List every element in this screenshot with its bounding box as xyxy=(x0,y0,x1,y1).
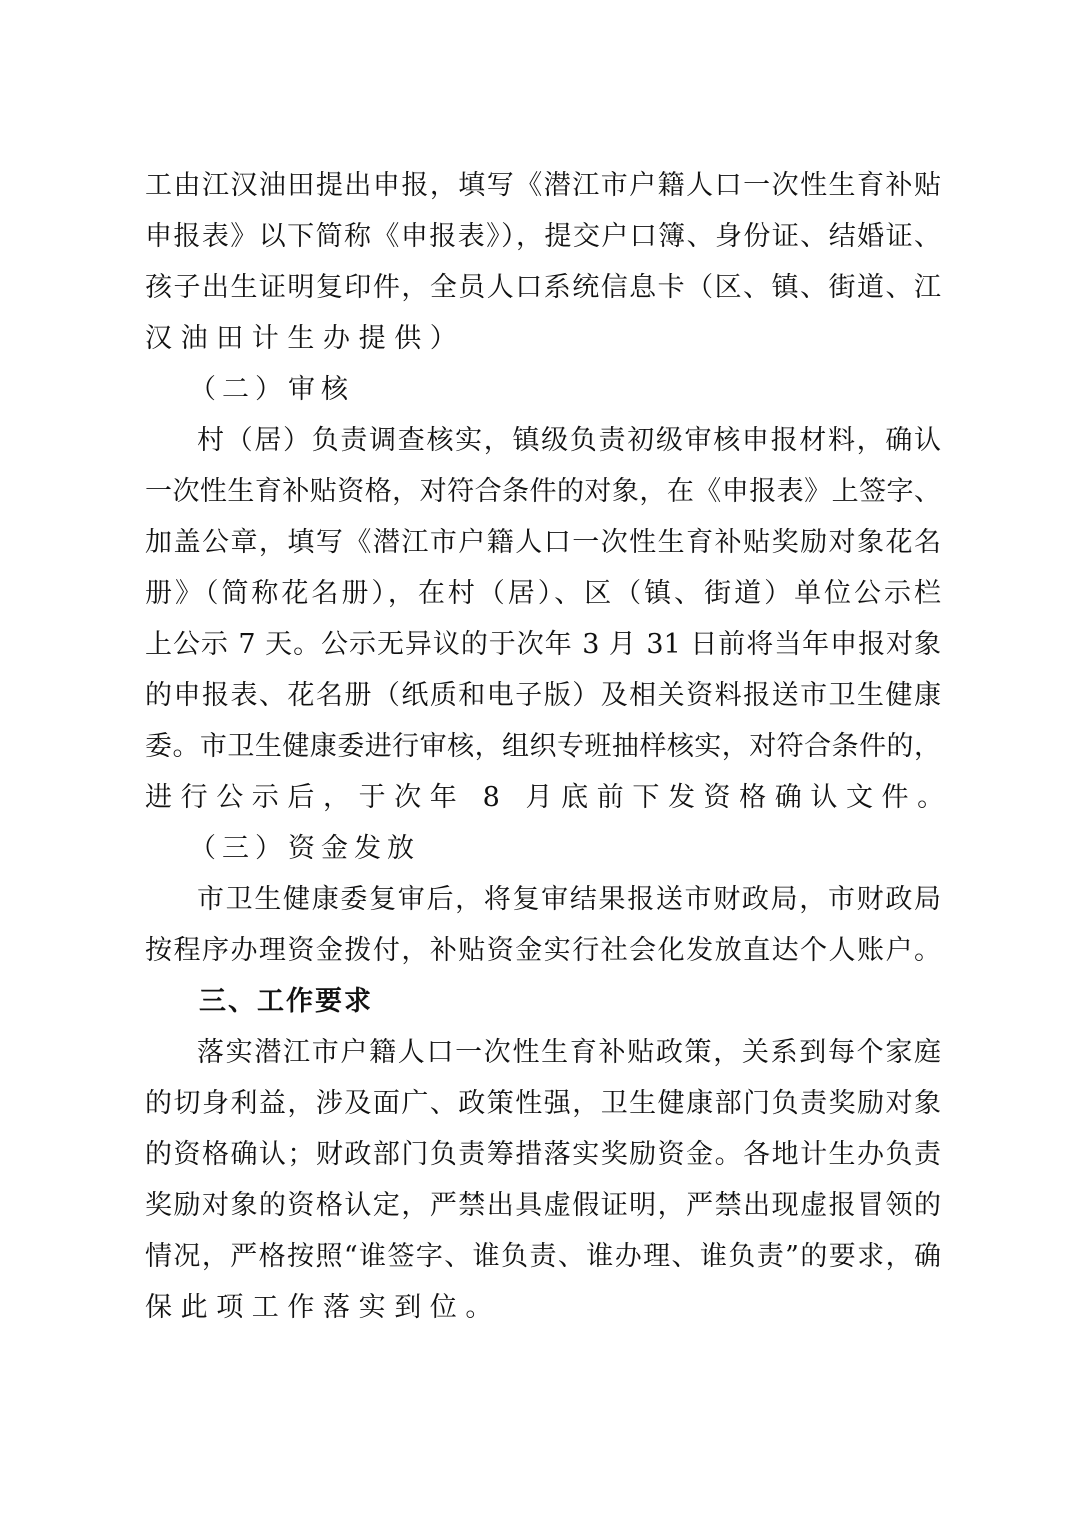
section-heading-requirements: 三、工作要求 xyxy=(145,976,941,1027)
body-line: 一次性生育补贴资格，对符合条件的对象，在《申报表》上签字、 xyxy=(145,466,941,517)
body-line: 进行公示后，于次年 8 月底前下发资格确认文件。 xyxy=(145,772,941,823)
body-line: 委。市卫生健康委进行审核，组织专班抽样核实，对符合条件的， xyxy=(145,721,941,772)
body-line: 申报表》以下简称《申报表》），提交户口簿、身份证、结婚证、 xyxy=(145,211,941,262)
body-line: 的切身利益，涉及面广、政策性强，卫生健康部门负责奖励对象 xyxy=(145,1078,941,1129)
subsection-heading-funds: （三）资金发放 xyxy=(145,823,941,874)
body-line: 保此项工作落实到位。 xyxy=(145,1282,941,1333)
body-line: 的资格确认；财政部门负责筹措落实奖励资金。各地计生办负责 xyxy=(145,1129,941,1180)
body-line: 按程序办理资金拨付，补贴资金实行社会化发放直达个人账户。 xyxy=(145,925,941,976)
body-line: 奖励对象的资格认定，严禁出具虚假证明，严禁出现虚报冒领的 xyxy=(145,1180,941,1231)
body-line: 的申报表、花名册（纸质和电子版）及相关资料报送市卫生健康 xyxy=(145,670,941,721)
body-line: 加盖公章，填写《潜江市户籍人口一次性生育补贴奖励对象花名 xyxy=(145,517,941,568)
body-line: 情况，严格按照“谁签字、谁负责、谁办理、谁负责”的要求，确 xyxy=(145,1231,941,1282)
subsection-heading-review: （二）审核 xyxy=(145,364,941,415)
body-line: 市卫生健康委复审后，将复审结果报送市财政局，市财政局 xyxy=(145,874,941,925)
body-line: 上公示 7 天。公示无异议的于次年 3 月 31 日前将当年申报对象 xyxy=(145,619,941,670)
document-page: 工由江汉油田提出申报，填写《潜江市户籍人口一次性生育补贴 申报表》以下简称《申报… xyxy=(145,160,941,1333)
body-line: 孩子出生证明复印件，全员人口系统信息卡（区、镇、街道、江 xyxy=(145,262,941,313)
body-line: 落实潜江市户籍人口一次性生育补贴政策，关系到每个家庭 xyxy=(145,1027,941,1078)
body-line: 汉油田计生办提供） xyxy=(145,313,941,364)
body-line: 村（居）负责调查核实，镇级负责初级审核申报材料，确认 xyxy=(145,415,941,466)
body-line: 工由江汉油田提出申报，填写《潜江市户籍人口一次性生育补贴 xyxy=(145,160,941,211)
body-line: 册》（简称花名册），在村（居）、区（镇、街道）单位公示栏 xyxy=(145,568,941,619)
